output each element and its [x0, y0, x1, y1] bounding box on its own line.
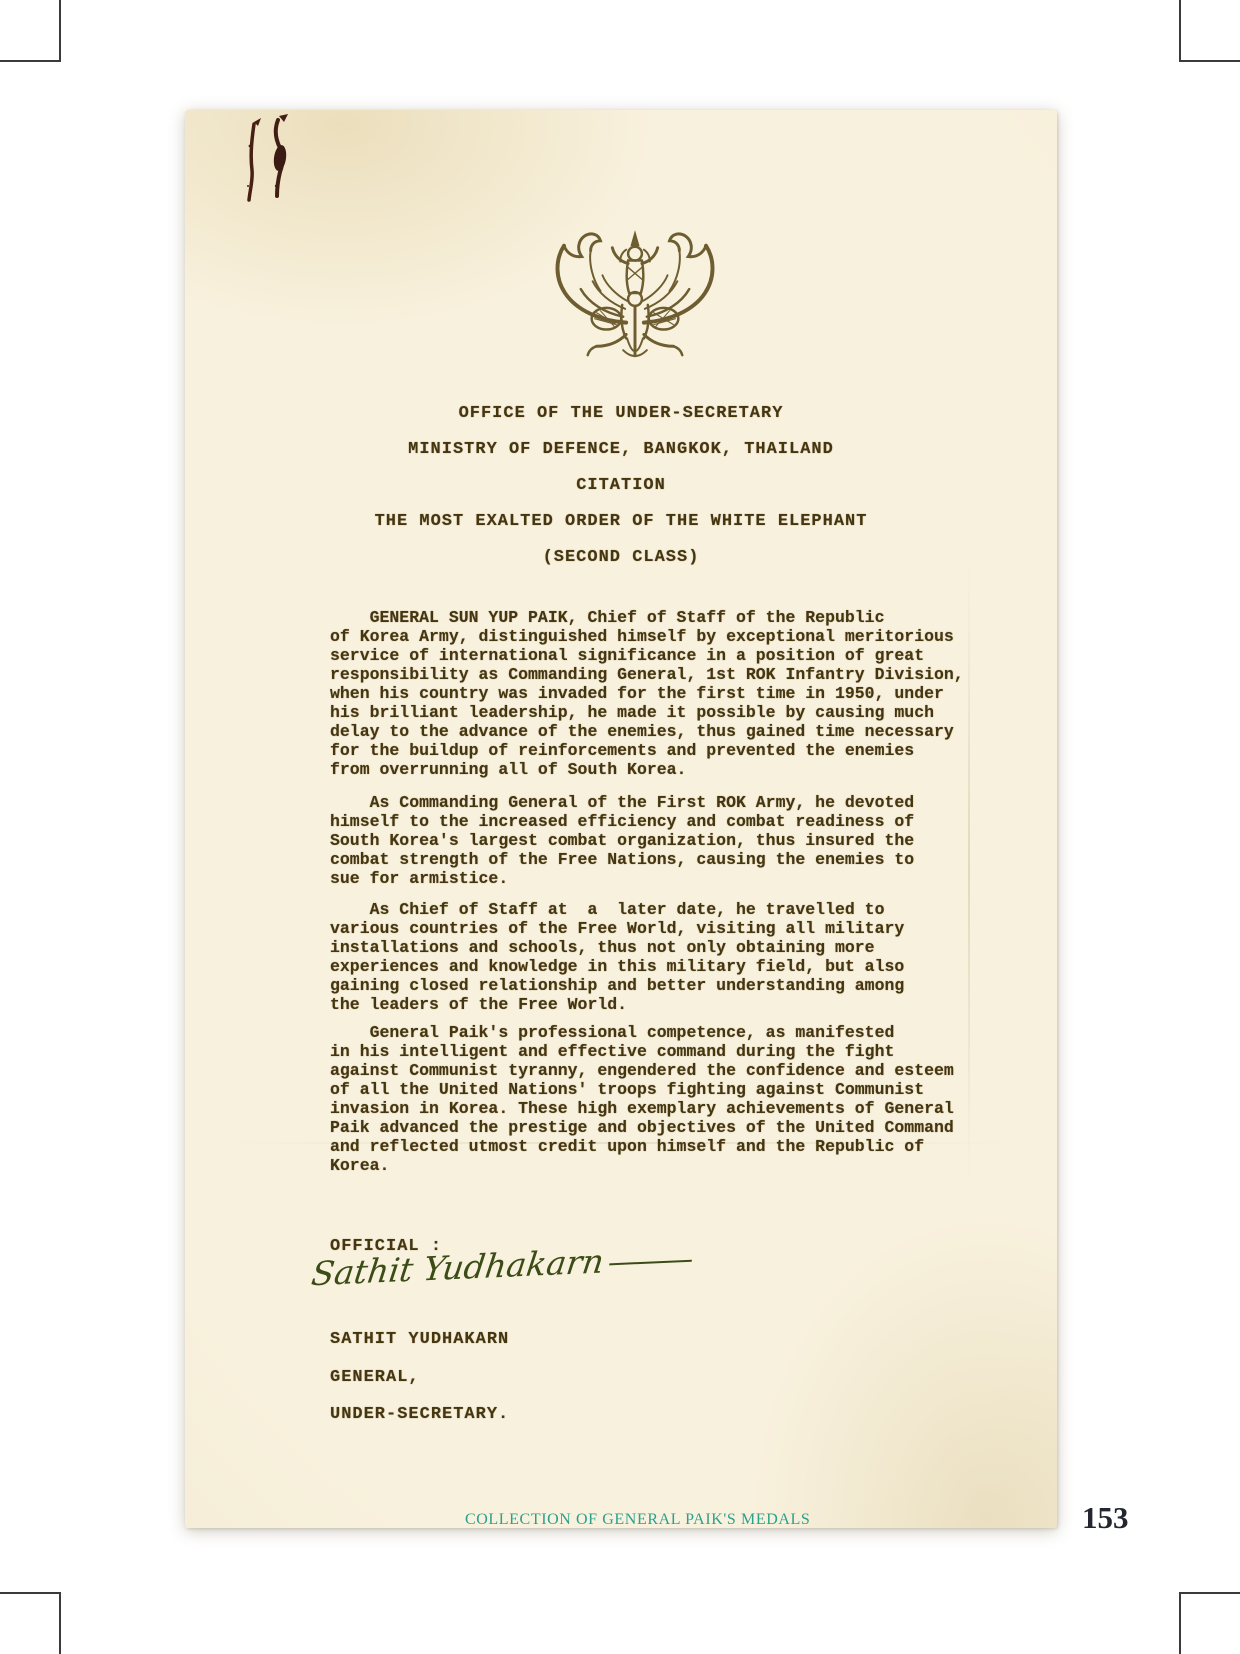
citation-paragraph-2: As Commanding General of the First ROK A…	[330, 793, 1020, 888]
letterhead-ministry-line: MINISTRY OF DEFENCE, BANGKOK, THAILAND	[185, 432, 1057, 468]
order-class: (SECOND CLASS)	[185, 540, 1057, 576]
citation-paragraph-4: General Paik's professional competence, …	[330, 1023, 1020, 1175]
signatory-title: UNDER-SECRETARY.	[330, 1405, 509, 1424]
book-footer-caption: COLLECTION OF GENERAL PAIK'S MEDALS	[465, 1511, 810, 1529]
citation-paragraph-1: GENERAL SUN YUP PAIK, Chief of Staff of …	[330, 608, 1020, 779]
citation-title: CITATION	[185, 468, 1057, 504]
signatory-rank: GENERAL,	[330, 1368, 420, 1387]
letterhead: OFFICE OF THE UNDER-SECRETARY MINISTRY O…	[185, 396, 1057, 576]
ink-stain	[230, 114, 300, 214]
crop-mark-top-left	[0, 0, 61, 62]
signatory-name: SATHIT YUDHAKARN	[330, 1330, 509, 1349]
citation-paragraph-3: As Chief of Staff at a later date, he tr…	[330, 900, 1020, 1014]
letterhead-office-line: OFFICE OF THE UNDER-SECRETARY	[185, 396, 1057, 432]
page-number: 153	[1082, 1500, 1129, 1536]
scanned-citation-letter: OFFICE OF THE UNDER-SECRETARY MINISTRY O…	[185, 110, 1057, 1528]
book-page: OFFICE OF THE UNDER-SECRETARY MINISTRY O…	[0, 0, 1240, 1654]
crop-mark-bottom-left	[0, 1592, 61, 1654]
crop-mark-top-right	[1179, 0, 1240, 62]
order-title: THE MOST EXALTED ORDER OF THE WHITE ELEP…	[185, 504, 1057, 540]
crop-mark-bottom-right	[1179, 1592, 1240, 1654]
garuda-emblem-icon	[528, 228, 742, 366]
